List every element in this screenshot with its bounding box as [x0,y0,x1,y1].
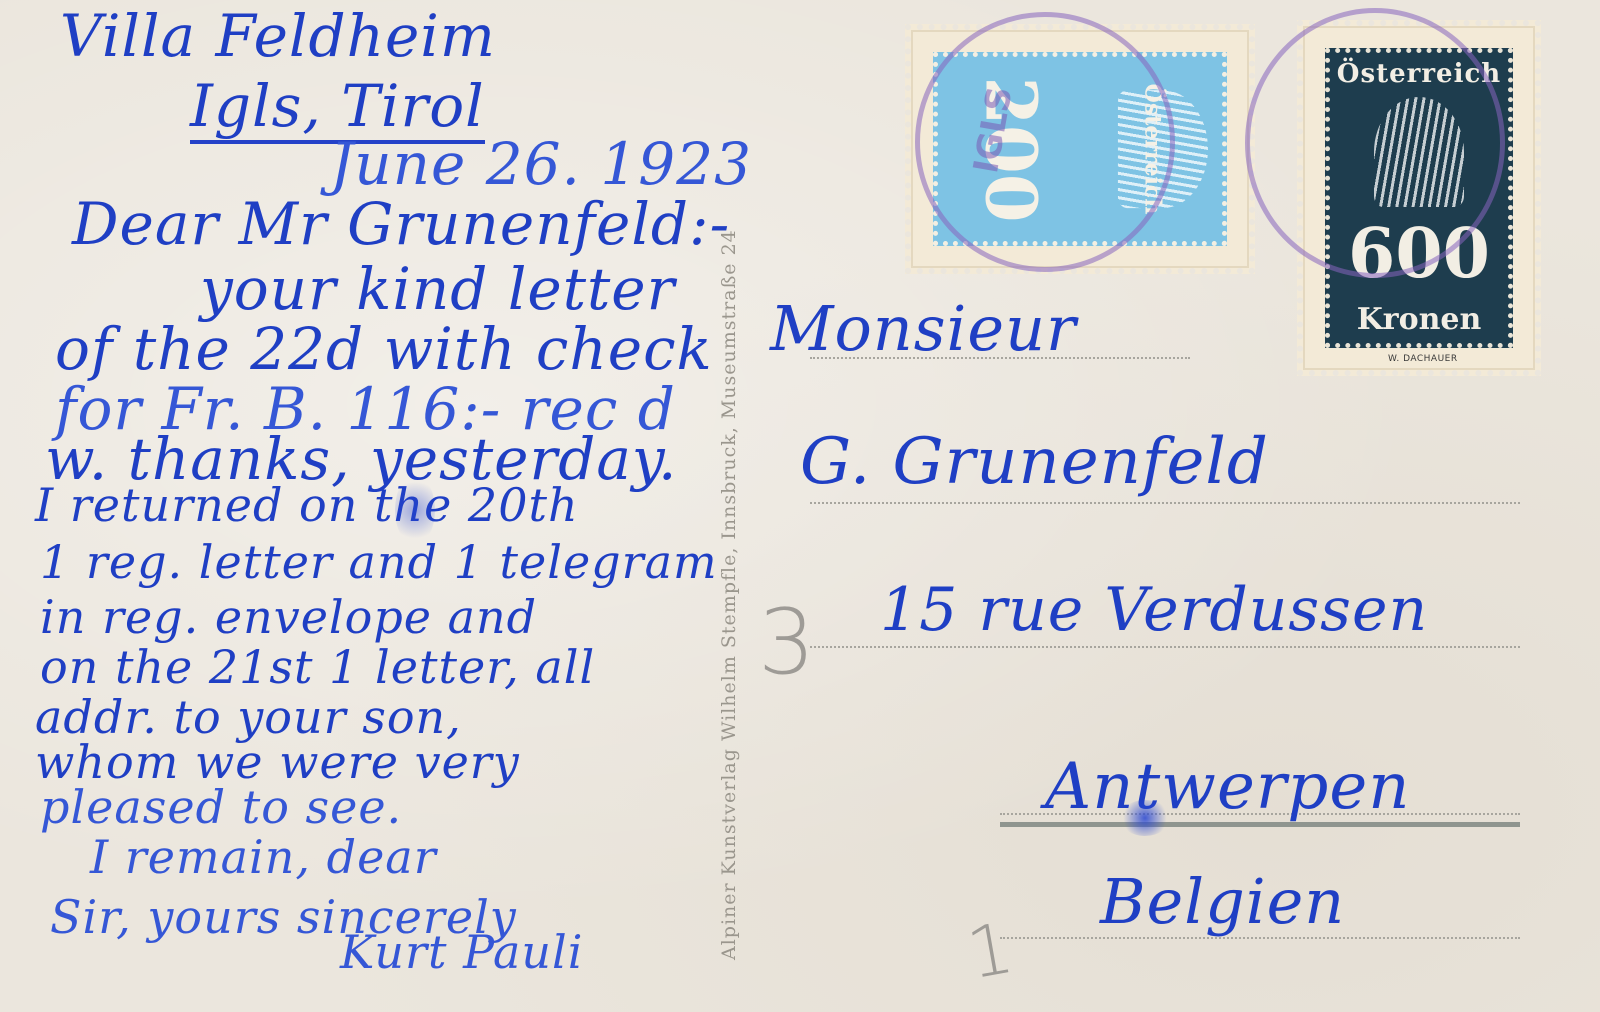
address-rule-2 [810,502,1520,504]
body-line: in reg. envelope and [40,590,537,644]
stamp-engraver: W. DACHAUER [1388,354,1458,364]
salutation: Dear Mr Grunenfeld:- [72,190,730,258]
address-name: G. Grunenfeld [800,425,1269,499]
body-line: I remain, dear [90,830,437,884]
postcard: Villa Feldheim Igls, Tirol June 26. 1923… [0,0,1600,1012]
pencil-mark-3: 3 [758,590,815,695]
postmark-circle-right [1245,8,1505,278]
address-country: Belgien [1100,865,1345,938]
heading-date: June 26. 1923 [330,130,752,198]
body-line: of the 22d with check [55,315,713,383]
pencil-mark-1: 1 [961,907,1019,995]
postmark-circle-left [915,12,1175,272]
heading-villa: Villa Feldheim [60,2,496,70]
body-line: on the 21st 1 letter, all [40,640,595,694]
address-rule-3 [810,646,1520,648]
stamp-currency: Kronen [1357,302,1482,337]
signature: Kurt Pauli [340,925,583,979]
address-city: Antwerpen [1045,750,1410,824]
printer-imprint: Alpiner Kunstverlag Wilhelm Stempfle, In… [718,229,740,960]
ink-smudge [395,475,435,545]
body-line: pleased to see. [40,780,402,834]
body-line: 1 reg. letter and 1 telegram [40,535,718,589]
address-salutation: Monsieur [770,292,1077,365]
address-street: 15 rue Verdussen [880,575,1428,645]
body-line: I returned on the 20th [35,478,579,532]
ink-blot [1120,800,1170,836]
body-line: your kind letter [200,255,675,323]
